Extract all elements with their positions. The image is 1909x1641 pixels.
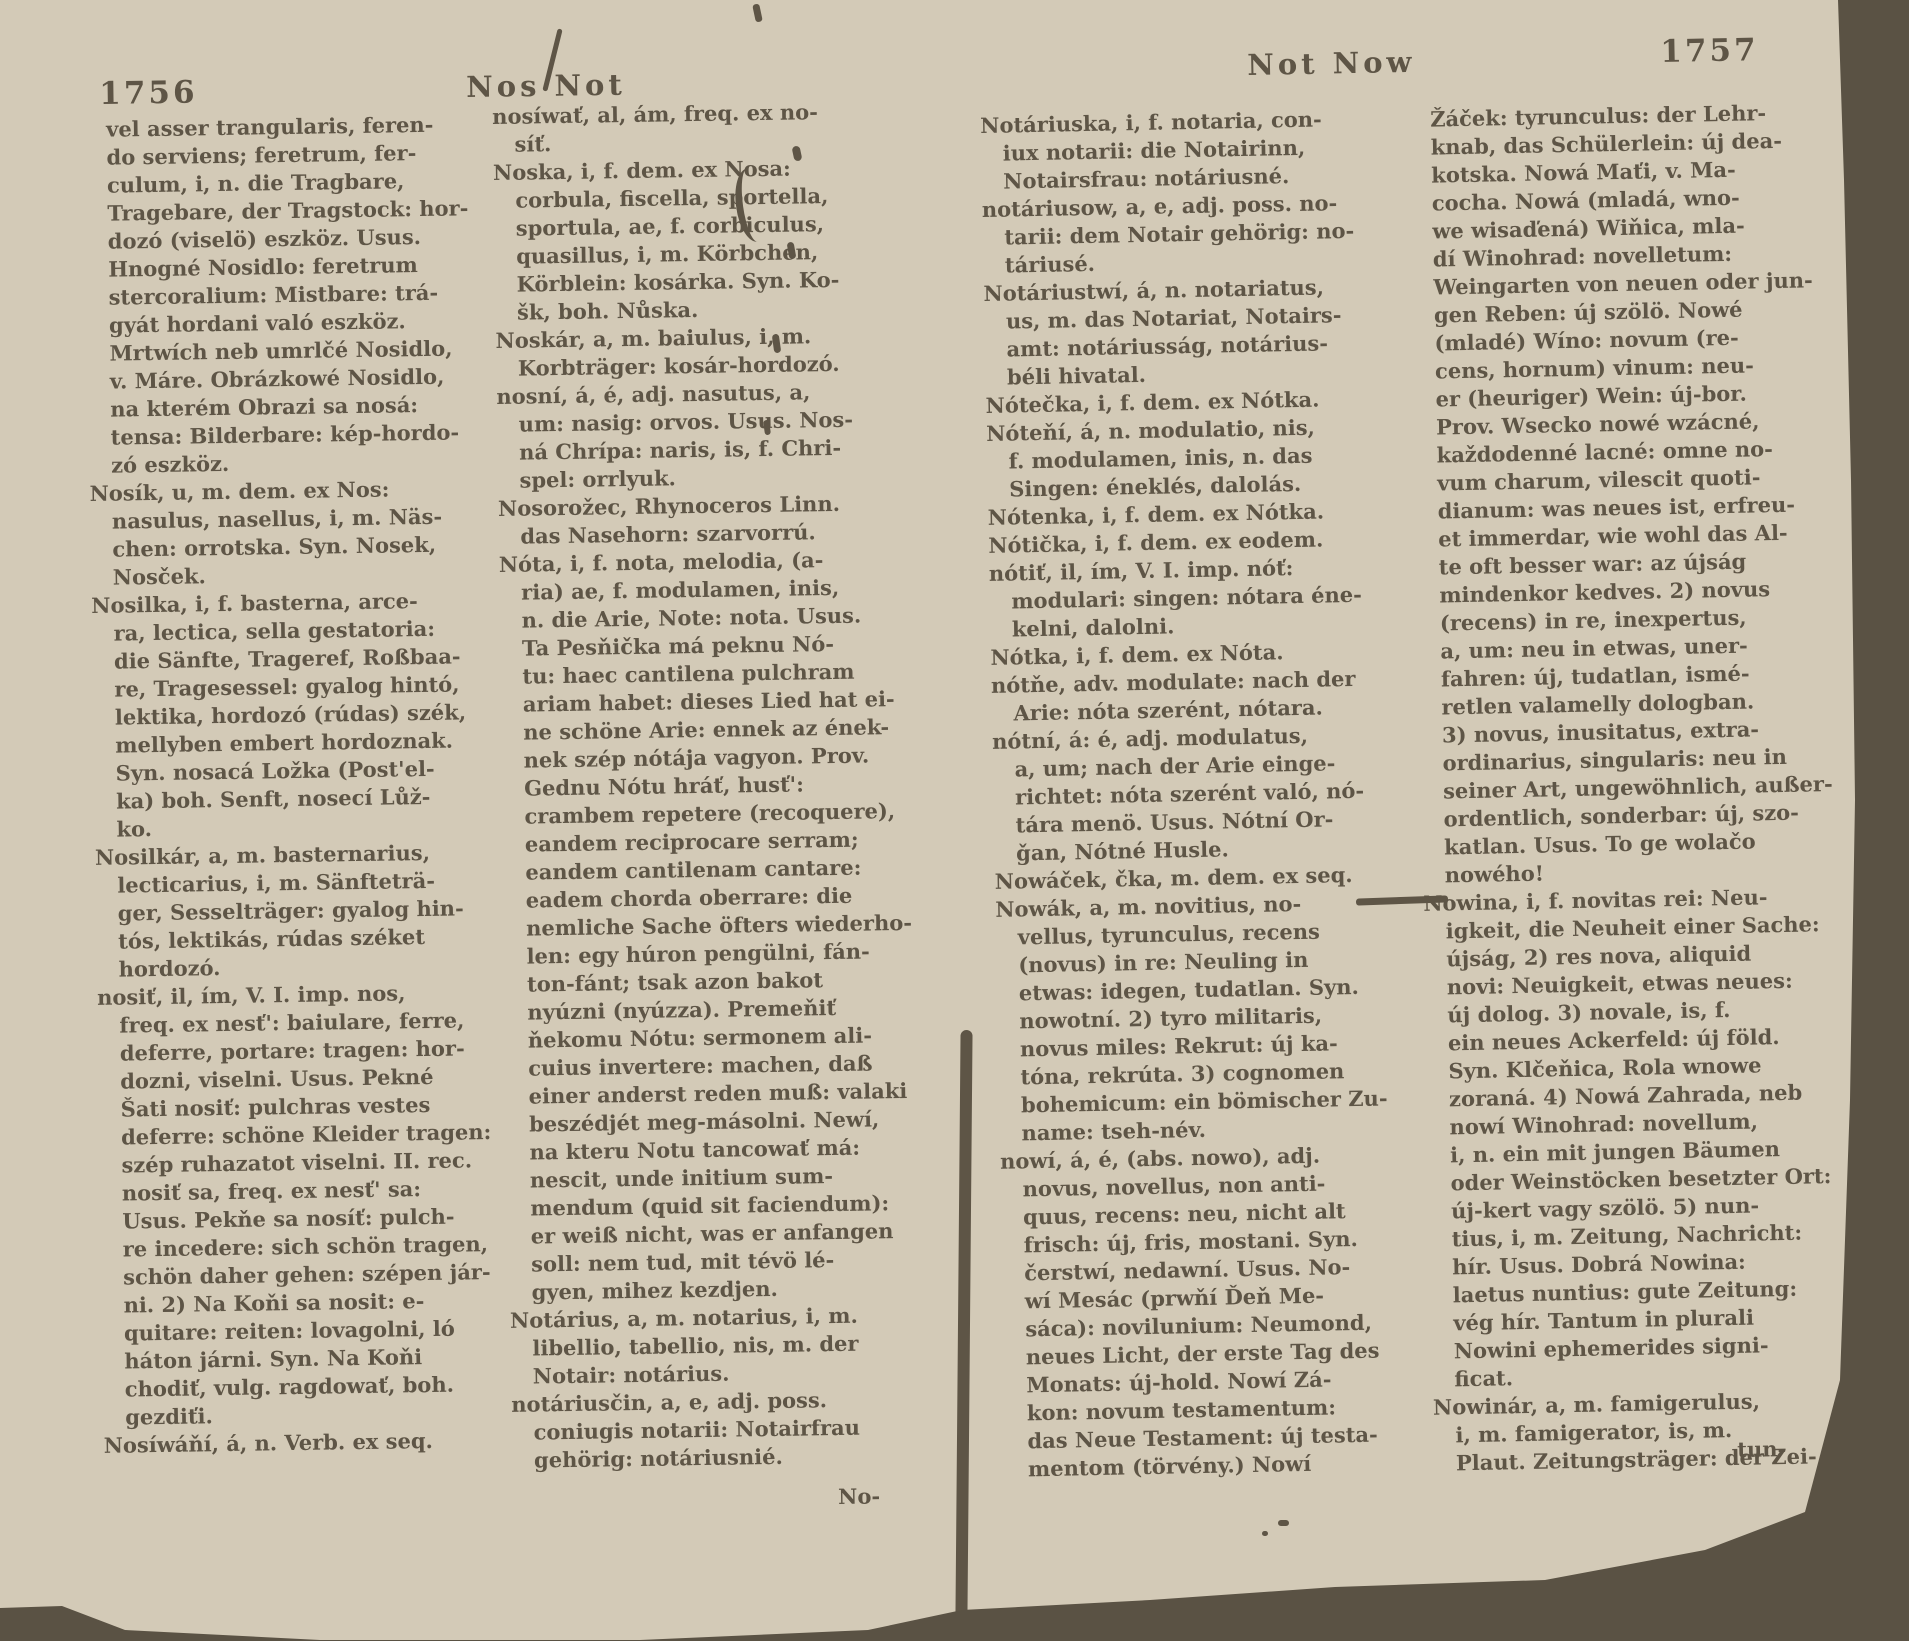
left-column-2: nosíwať, al, ám, freq. ex no- síť.Noska,…: [492, 97, 936, 1475]
right-running-head: Not Now: [1247, 45, 1416, 82]
left-column-1: vel asser trangularis, feren- do servien…: [84, 110, 518, 1460]
bottom-speck: [1278, 1520, 1289, 1526]
top-speck: [752, 3, 763, 22]
right-column-1: Notáriuska, i, f. notaria, con- iux nota…: [980, 104, 1430, 1484]
bottom-speck: [1262, 1531, 1268, 1536]
right-catchword: tun-: [1737, 1436, 1786, 1462]
right-page-number: 1757: [1660, 32, 1759, 70]
dictionary-scan: 1756 Nos Not vel asser trangularis, fere…: [0, 0, 1909, 1641]
text-line: Nosíwáňí, á, n. Verb. ex seq.: [104, 1426, 518, 1460]
left-catchword: No-: [838, 1483, 880, 1509]
text-line: gehörig: notáriusnié.: [512, 1441, 936, 1475]
right-column-2: Žáček: tyrunculus: der Lehr- knab, das S…: [1408, 98, 1872, 1478]
gutter-shadow-line: [955, 1030, 972, 1618]
left-page-number: 1756: [99, 75, 198, 112]
